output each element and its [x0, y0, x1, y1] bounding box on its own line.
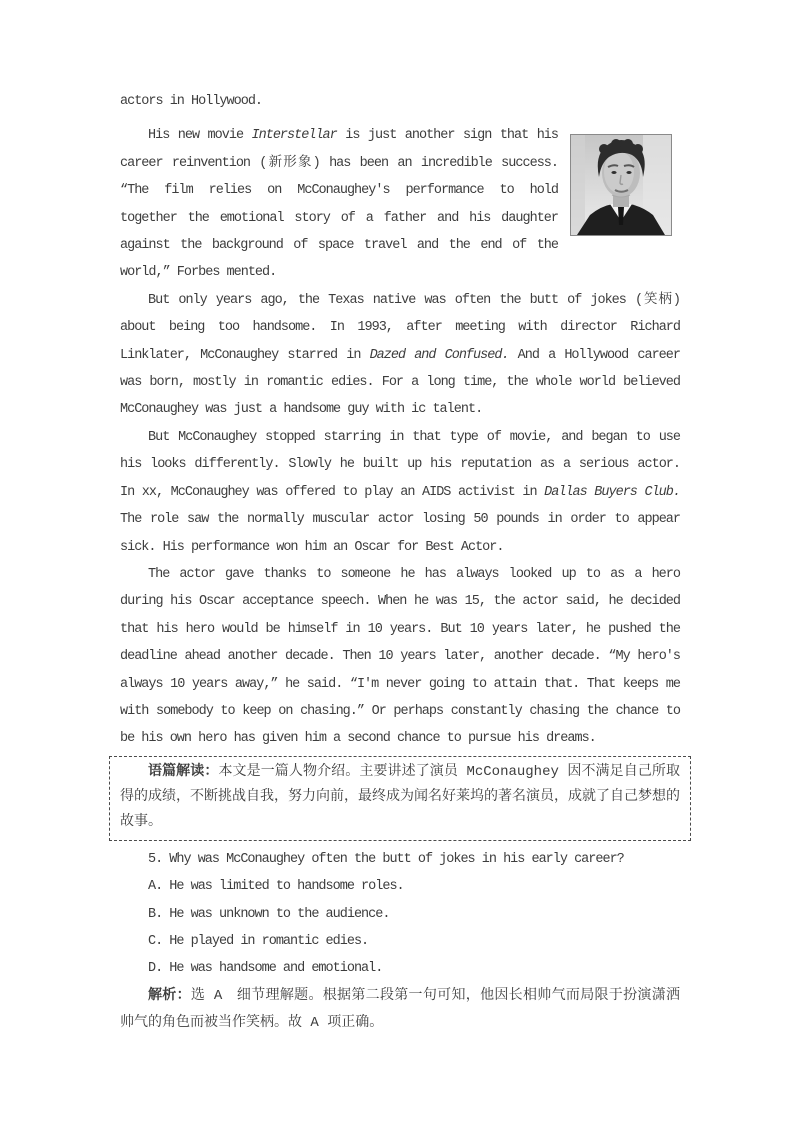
paragraph-1-text: actors in Hollywood.: [120, 94, 262, 109]
article-paragraph-3: But only years ago, the Texas native was…: [120, 287, 680, 424]
question-5-option-c: C. He played in romantic edies.: [120, 928, 680, 955]
actor-portrait-photo: [570, 134, 672, 236]
article-paragraph-2: His new movie Interstellar is just anoth…: [120, 122, 680, 286]
question-5-stem: 5. Why was McConaughey often the butt of…: [120, 846, 680, 873]
movie-title-interstellar: Interstellar: [252, 128, 337, 143]
paragraph-2-text-post: is just another sign that his career rei…: [120, 128, 558, 280]
article-paragraph-5: The actor gave thanks to someone he has …: [120, 561, 680, 753]
document-page: actors in Hollywood.: [120, 88, 680, 1038]
paragraph-4-text-post: The role saw the normally muscular actor…: [120, 512, 680, 554]
movie-title-dazed-and-confused: Dazed and Confused.: [370, 348, 509, 363]
passage-summary-box: 语篇解读：本文是一篇人物介绍。主要讲述了演员 McConaughey 因不满足自…: [109, 756, 691, 841]
article-paragraph-1: actors in Hollywood.: [120, 88, 680, 115]
answer-analysis-paragraph: 解析：选 A 细节理解题。根据第二段第一句可知，他因长相帅气而局限于扮演潇洒帅气…: [120, 983, 680, 1038]
summary-label: 语篇解读：: [148, 764, 218, 780]
paragraph-5-text: The actor gave thanks to someone he has …: [120, 567, 680, 746]
passage-summary-paragraph: 语篇解读：本文是一篇人物介绍。主要讲述了演员 McConaughey 因不满足自…: [120, 760, 680, 835]
analysis-label: 解析：: [148, 988, 191, 1004]
article-paragraph-4: But McConaughey stopped starring in that…: [120, 424, 680, 561]
analysis-text: 选 A 细节理解题。根据第二段第一句可知，他因长相帅气而局限于扮演潇洒帅气的角色…: [120, 988, 680, 1031]
question-5-option-d: D. He was handsome and emotional.: [120, 955, 680, 982]
paragraph-2-text-pre: His new movie: [148, 128, 252, 143]
question-5-option-a: A. He was limited to handsome roles.: [120, 873, 680, 900]
movie-title-dallas-buyers-club: Dallas Buyers Club.: [544, 485, 680, 500]
question-5-option-b: B. He was unknown to the audience.: [120, 901, 680, 928]
